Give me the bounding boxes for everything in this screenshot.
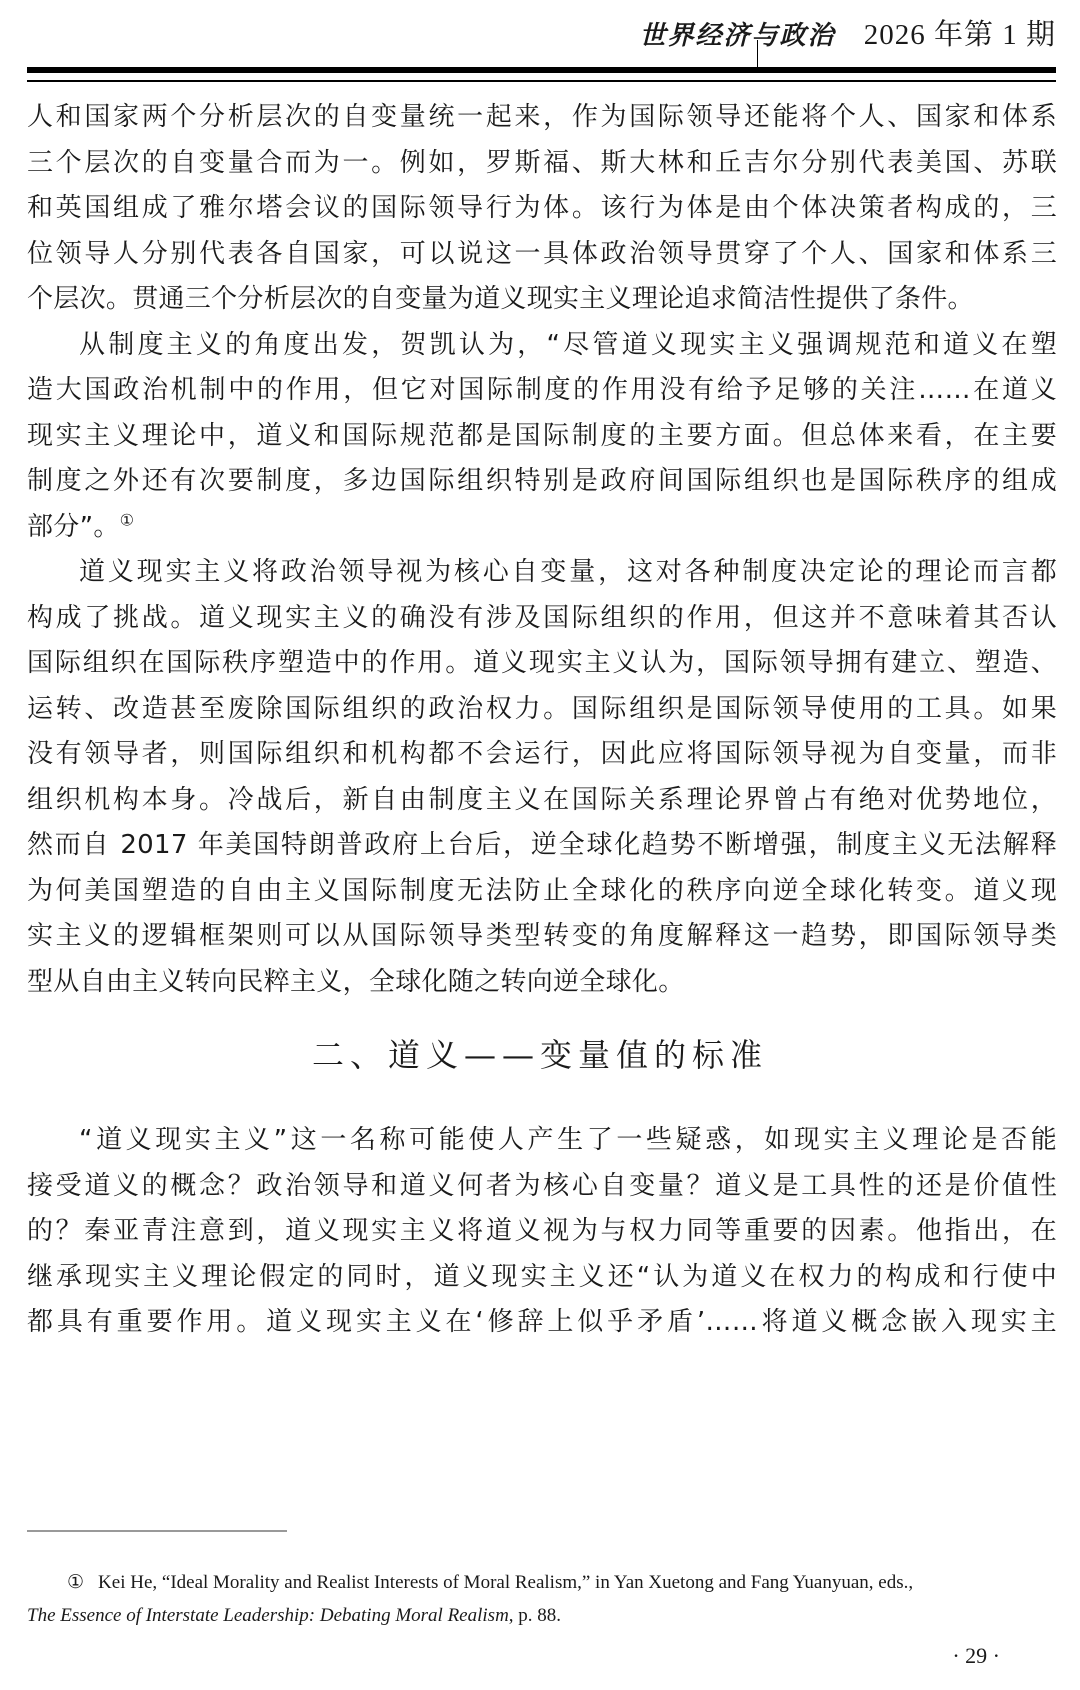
- text-line: 然而自 2017 年美国特朗普政府上台后，逆全球化趋势不断增强，制度主义无法解释: [27, 823, 1057, 869]
- text-line: 为何美国塑造的自由主义国际制度无法防止全球化的秩序向逆全球化转变。道义现: [27, 869, 1057, 915]
- text-line: 型从自由主义转向民粹主义，全球化随之转向逆全球化。: [27, 960, 1057, 1006]
- text-line: 组织机构本身。冷战后，新自由制度主义在国际关系理论界曾占有绝对优势地位，: [27, 778, 1057, 824]
- text-fragment: 部分”。: [27, 512, 120, 542]
- text-line: 接受道义的概念？政治领导和道义何者为核心自变量？道义是工具性的还是价值性: [27, 1164, 1057, 1210]
- text-line: 没有领导者，则国际组织和机构都不会运行，因此应将国际领导视为自变量，而非: [27, 732, 1057, 778]
- footnote-ref[interactable]: ①: [120, 510, 135, 529]
- text-line: 位领导人分别代表各自国家，可以说这一具体政治领导贯穿了个人、国家和体系三: [27, 232, 1057, 278]
- running-header: 世界经济与政治 2026 年第 1 期: [27, 0, 1056, 70]
- text-line: 现实主义理论中，道义和国际规范都是国际制度的主要方面。但总体来看，在主要: [27, 414, 1057, 460]
- text-line: 国际组织在国际秩序塑造中的作用。道义现实主义认为，国际领导拥有建立、塑造、: [27, 641, 1057, 687]
- footnote-line: The Essence of Interstate Leadership: De…: [27, 1599, 1057, 1632]
- text-line: 人和国家两个分析层次的自变量统一起来，作为国际领导还能将个人、国家和体系: [27, 95, 1057, 141]
- footnote-mark: ①: [67, 1572, 84, 1593]
- text-line: 从制度主义的角度出发，贺凯认为，“尽管道义现实主义强调规范和道义在塑: [27, 323, 1057, 369]
- paragraph: 道义现实主义将政治领导视为核心自变量，这对各种制度决定论的理论而言都 构成了挑战…: [27, 550, 1057, 1005]
- section-heading: 二、道义——变量值的标准: [0, 1030, 1080, 1076]
- issue-label: 2026 年第 1 期: [864, 19, 1056, 51]
- header-rule-thick: [27, 67, 1056, 73]
- journal-name: 世界经济与政治: [639, 21, 835, 51]
- body-text-bottom: “道义现实主义”这一名称可能使人产生了一些疑惑，如现实主义理论是否能 接受道义的…: [27, 1118, 1057, 1346]
- text-line: 和英国组成了雅尔塔会议的国际领导行为体。该行为体是由个体决策者构成的，三: [27, 186, 1057, 232]
- footnote-page-ref: , p. 88.: [509, 1605, 561, 1626]
- footnote: ①Kei He, “Ideal Morality and Realist Int…: [27, 1566, 1057, 1632]
- text-line: 部分”。①: [27, 505, 1057, 551]
- text-line: 造大国政治机制中的作用，但它对国际制度的作用没有给予足够的关注……在道义: [27, 368, 1057, 414]
- header-rule-thin: [27, 80, 1056, 82]
- paragraph: 从制度主义的角度出发，贺凯认为，“尽管道义现实主义强调规范和道义在塑 造大国政治…: [27, 323, 1057, 551]
- text-line: 构成了挑战。道义现实主义的确没有涉及国际组织的作用，但这并不意味着其否认: [27, 596, 1057, 642]
- text-line: 继承现实主义理论假定的同时，道义现实主义还“认为道义在权力的构成和行使中: [27, 1255, 1057, 1301]
- header-tick-mark: [757, 40, 758, 67]
- body-text-top: 人和国家两个分析层次的自变量统一起来，作为国际领导还能将个人、国家和体系 三个层…: [27, 95, 1057, 1005]
- text-line: 道义现实主义将政治领导视为核心自变量，这对各种制度决定论的理论而言都: [27, 550, 1057, 596]
- paragraph: 人和国家两个分析层次的自变量统一起来，作为国际领导还能将个人、国家和体系 三个层…: [27, 95, 1057, 323]
- text-line: 制度之外还有次要制度，多边国际组织特别是政府间国际组织也是国际秩序的组成: [27, 459, 1057, 505]
- footnote-text: Kei He, “Ideal Morality and Realist Inte…: [98, 1572, 913, 1593]
- footnote-separator: [27, 1530, 287, 1532]
- text-line: 运转、改造甚至废除国际组织的政治权力。国际组织是国际领导使用的工具。如果: [27, 687, 1057, 733]
- text-line: 三个层次的自变量合而为一。例如，罗斯福、斯大林和丘吉尔分别代表美国、苏联: [27, 141, 1057, 187]
- text-line: 个层次。贯通三个分析层次的自变量为道义现实主义理论追求简洁性提供了条件。: [27, 277, 1057, 323]
- text-line: 都具有重要作用。道义现实主义在‘修辞上似乎矛盾’……将道义概念嵌入现实主: [27, 1300, 1057, 1346]
- page-number: · 29 ·: [952, 1643, 1000, 1669]
- paragraph: “道义现实主义”这一名称可能使人产生了一些疑惑，如现实主义理论是否能 接受道义的…: [27, 1118, 1057, 1346]
- text-line: “道义现实主义”这一名称可能使人产生了一些疑惑，如现实主义理论是否能: [27, 1118, 1057, 1164]
- text-line: 的？秦亚青注意到，道义现实主义将道义视为与权力同等重要的因素。他指出，在: [27, 1209, 1057, 1255]
- journal-header: 世界经济与政治 2026 年第 1 期: [639, 12, 1056, 53]
- footnote-book-title: The Essence of Interstate Leadership: De…: [27, 1605, 509, 1626]
- footnote-line: ①Kei He, “Ideal Morality and Realist Int…: [27, 1566, 1057, 1599]
- text-line: 实主义的逻辑框架则可以从国际领导类型转变的角度解释这一趋势，即国际领导类: [27, 914, 1057, 960]
